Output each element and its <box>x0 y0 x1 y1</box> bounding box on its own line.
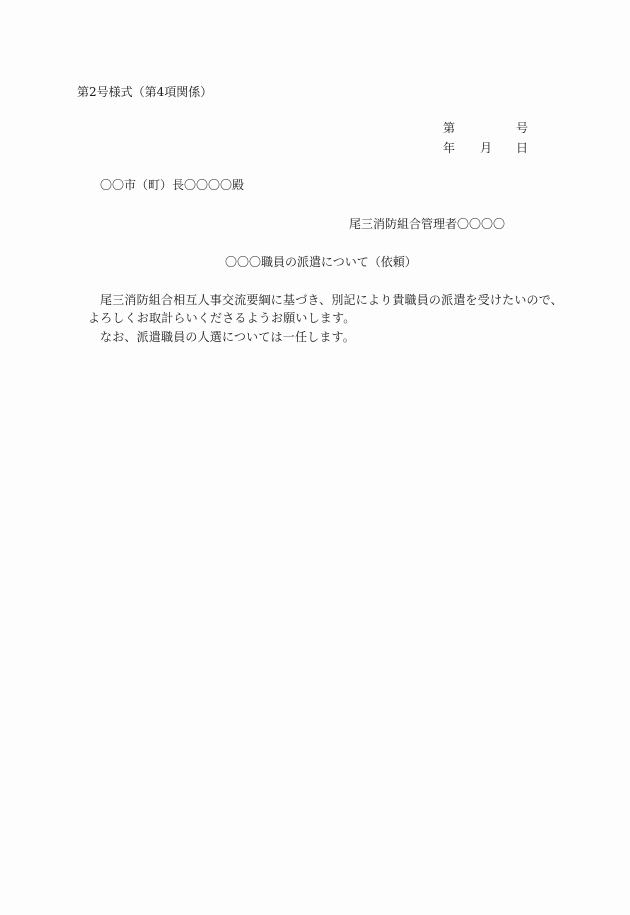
document-number-prefix: 第 <box>443 122 455 134</box>
form-number-label: 第2号様式（第4項関係） <box>77 86 212 98</box>
document-number-suffix: 号 <box>516 122 528 134</box>
body-paragraph-line: よろしくお取計らいくださるようお願いします。 <box>88 312 355 324</box>
subject-title: 〇〇〇職員の派遣について（依頼） <box>225 256 417 268</box>
body-paragraph-line: 尾三消防組合相互人事交流要綱に基づき、別記により貴職員の派遣を受けたいので、 <box>100 294 563 306</box>
sender: 尾三消防組合管理者〇〇〇〇 <box>349 218 505 230</box>
date-day-label: 日 <box>516 142 528 154</box>
document-page: 第2号様式（第4項関係） 第 号 年 月 日 〇〇市（町）長〇〇〇〇殿 尾三消防… <box>0 0 630 915</box>
addressee: 〇〇市（町）長〇〇〇〇殿 <box>100 179 244 191</box>
date-year-label: 年 <box>443 142 455 154</box>
date-month-label: 月 <box>480 142 492 154</box>
body-paragraph-line: なお、派遣職員の人選については一任します。 <box>100 331 355 343</box>
